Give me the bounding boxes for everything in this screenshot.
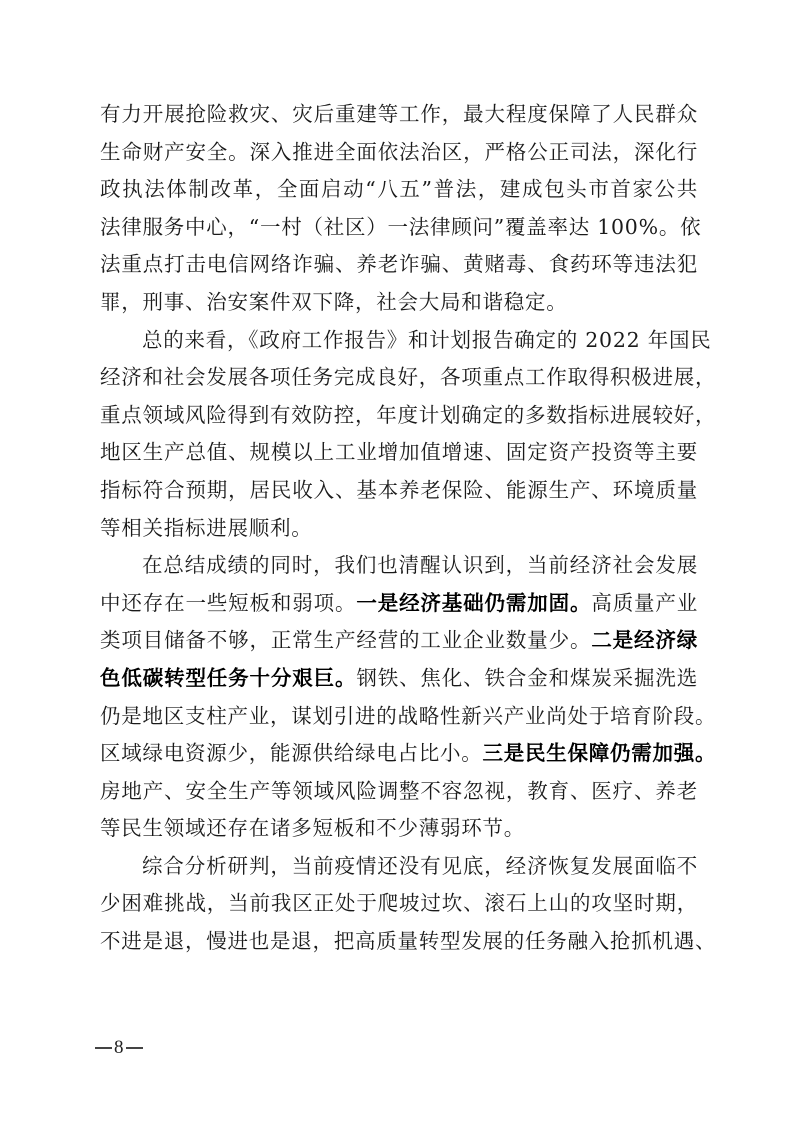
text-line: 类项目储备不够，正常生产经营的工业企业数量少。二是经济绿 [100, 622, 698, 660]
bold-heading-segment: 二是经济绿 [591, 628, 698, 652]
bold-heading-segment: 色低碳转型任务十分艰巨。 [100, 666, 356, 690]
text-line: 指标符合预期，居民收入、基本养老保险、能源生产、环境质量 [100, 472, 698, 510]
text-line: 政执法体制改革，全面启动“八五”普法，建成包头市首家公共 [100, 171, 698, 209]
text-segment: 高质量产业 [591, 591, 698, 615]
text-line: 中还存在一些短板和弱项。一是经济基础仍需加固。高质量产业 [100, 585, 698, 623]
bold-heading-segment: 三是民生保障仍需加强。 [483, 741, 717, 765]
text-line: 罪，刑事、治安案件双下降，社会大局和谐稳定。 [100, 284, 698, 322]
text-segment: 法律服务中心，“一村（社区）一法律顾问”覆盖率达 100%。依 [100, 215, 701, 239]
text-line: 等相关指标进展顺利。 [100, 510, 698, 548]
text-segment: 区域绿电资源少，能源供给绿电占比小。 [100, 741, 483, 765]
text-segment: 钢铁、焦化、铁合金和煤炭采掘洗选 [356, 666, 698, 690]
text-segment: 少困难挑战，当前我区正处于爬坡过坎、滚石上山的攻坚时期， [100, 891, 698, 915]
text-line: 少困难挑战，当前我区正处于爬坡过坎、滚石上山的攻坚时期， [100, 885, 698, 923]
text-segment: 罪，刑事、治安案件双下降，社会大局和谐稳定。 [100, 290, 568, 314]
paragraph-4: 综合分析研判，当前疫情还没有见底，经济恢复发展面临不 少困难挑战，当前我区正处于… [100, 848, 698, 961]
text-segment: 综合分析研判，当前疫情还没有见底，经济恢复发展面临不 [142, 854, 698, 878]
dash-right [126, 1047, 143, 1049]
text-line: 房地产、安全生产等领域风险调整不容忽视，教育、医疗、养老 [100, 773, 698, 811]
text-segment: 等民生领域还存在诸多短板和不少薄弱环节。 [100, 816, 525, 840]
text-segment: 仍是地区支柱产业，谋划引进的战略性新兴产业尚处于培育阶段。 [100, 704, 716, 728]
text-line: 色低碳转型任务十分艰巨。钢铁、焦化、铁合金和煤炭采掘洗选 [100, 660, 698, 698]
text-line: 经济和社会发展各项任务完成良好，各项重点工作取得积极进展， [100, 359, 698, 397]
text-segment: 政执法体制改革，全面启动“八五”普法，建成包头市首家公共 [100, 177, 698, 201]
document-body: 有力开展抢险救灾、灾后重建等工作，最大程度保障了人民群众 生命财产安全。深入推进… [100, 96, 698, 961]
text-segment: 指标符合预期，居民收入、基本养老保险、能源生产、环境质量 [100, 478, 698, 502]
text-segment: 总的来看，《政府工作报告》和计划报告确定的 2022 年国民 [142, 328, 711, 352]
text-line: 法律服务中心，“一村（社区）一法律顾问”覆盖率达 100%。依 [100, 209, 698, 247]
text-line: 仍是地区支柱产业，谋划引进的战略性新兴产业尚处于培育阶段。 [100, 698, 698, 736]
text-segment: 等相关指标进展顺利。 [100, 516, 313, 540]
text-segment: 经济和社会发展各项任务完成良好，各项重点工作取得积极进展， [100, 365, 716, 389]
text-segment: 在总结成绩的同时，我们也清醒认识到，当前经济社会发展 [142, 553, 698, 577]
bold-heading-segment: 一是经济基础仍需加固。 [356, 591, 591, 615]
text-line: 等民生领域还存在诸多短板和不少薄弱环节。 [100, 810, 698, 848]
text-line: 区域绿电资源少，能源供给绿电占比小。三是民生保障仍需加强。 [100, 735, 698, 773]
text-segment: 法重点打击电信网络诈骗、养老诈骗、黄赌毒、食药环等违法犯 [100, 252, 698, 276]
text-segment: 生命财产安全。深入推进全面依法治区，严格公正司法，深化行 [100, 140, 698, 164]
text-segment: 不进是退，慢进也是退，把高质量转型发展的任务融入抢抓机遇、 [100, 929, 716, 953]
text-segment: 重点领域风险得到有效防控，年度计划确定的多数指标进展较好， [100, 403, 716, 427]
text-line: 在总结成绩的同时，我们也清醒认识到，当前经济社会发展 [100, 547, 698, 585]
text-segment: 类项目储备不够，正常生产经营的工业企业数量少。 [100, 628, 591, 652]
text-segment: 房地产、安全生产等领域风险调整不容忽视，教育、医疗、养老 [100, 779, 698, 803]
paragraph-3: 在总结成绩的同时，我们也清醒认识到，当前经济社会发展 中还存在一些短板和弱项。一… [100, 547, 698, 848]
text-line: 生命财产安全。深入推进全面依法治区，严格公正司法，深化行 [100, 134, 698, 172]
page-number: 8 [95, 1037, 143, 1059]
dash-left [95, 1047, 112, 1049]
text-line: 综合分析研判，当前疫情还没有见底，经济恢复发展面临不 [100, 848, 698, 886]
page-number-value: 8 [114, 1037, 124, 1059]
text-line: 有力开展抢险救灾、灾后重建等工作，最大程度保障了人民群众 [100, 96, 698, 134]
paragraph-1: 有力开展抢险救灾、灾后重建等工作，最大程度保障了人民群众 生命财产安全。深入推进… [100, 96, 698, 322]
text-line: 不进是退，慢进也是退，把高质量转型发展的任务融入抢抓机遇、 [100, 923, 698, 961]
paragraph-2: 总的来看，《政府工作报告》和计划报告确定的 2022 年国民 经济和社会发展各项… [100, 322, 698, 548]
text-segment: 地区生产总值、规模以上工业增加值增速、固定资产投资等主要 [100, 440, 698, 464]
text-segment: 中还存在一些短板和弱项。 [100, 591, 356, 615]
text-line: 总的来看，《政府工作报告》和计划报告确定的 2022 年国民 [100, 322, 698, 360]
text-line: 法重点打击电信网络诈骗、养老诈骗、黄赌毒、食药环等违法犯 [100, 246, 698, 284]
text-segment: 有力开展抢险救灾、灾后重建等工作，最大程度保障了人民群众 [100, 102, 698, 126]
text-line: 重点领域风险得到有效防控，年度计划确定的多数指标进展较好， [100, 397, 698, 435]
text-line: 地区生产总值、规模以上工业增加值增速、固定资产投资等主要 [100, 434, 698, 472]
